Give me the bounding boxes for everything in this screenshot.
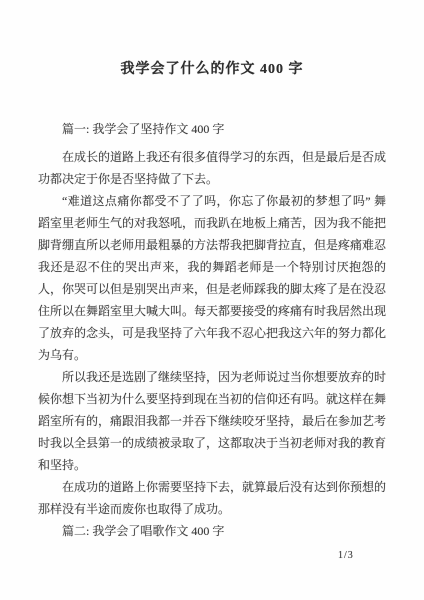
essay-paragraph: 在成功的道路上你需要坚持下去，就算最后没有达到你预想的那样没有半途而废你也取得了…: [38, 476, 386, 520]
essay-paragraph: 所以我还是选剧了继续坚持，因为老师说过当你想要放弃的时候你想下当初为什么要坚持到…: [38, 366, 386, 476]
section-1-heading: 篇一: 我学会了坚持作文 400 字: [38, 118, 386, 140]
section-2-heading: 篇二: 我学会了唱歌作文 400 字: [38, 520, 386, 542]
essay-paragraph: “难道这点痛你都受不了了吗，你忘了你最初的梦想了吗” 舞蹈室里老师生气的对我怒吼…: [38, 190, 386, 366]
essay-body: 篇一: 我学会了坚持作文 400 字 在成长的道路上我还有很多值得学习的东西，但…: [38, 118, 386, 542]
page-title: 我学会了什么的作文 400 字: [0, 0, 424, 78]
document-page: 我学会了什么的作文 400 字 篇一: 我学会了坚持作文 400 字 在成长的道…: [0, 0, 424, 600]
essay-paragraph: 在成长的道路上我还有很多值得学习的东西，但是最后是否成功都决定于你是否坚持做了下…: [38, 146, 386, 190]
page-number: 1/3: [338, 550, 354, 561]
